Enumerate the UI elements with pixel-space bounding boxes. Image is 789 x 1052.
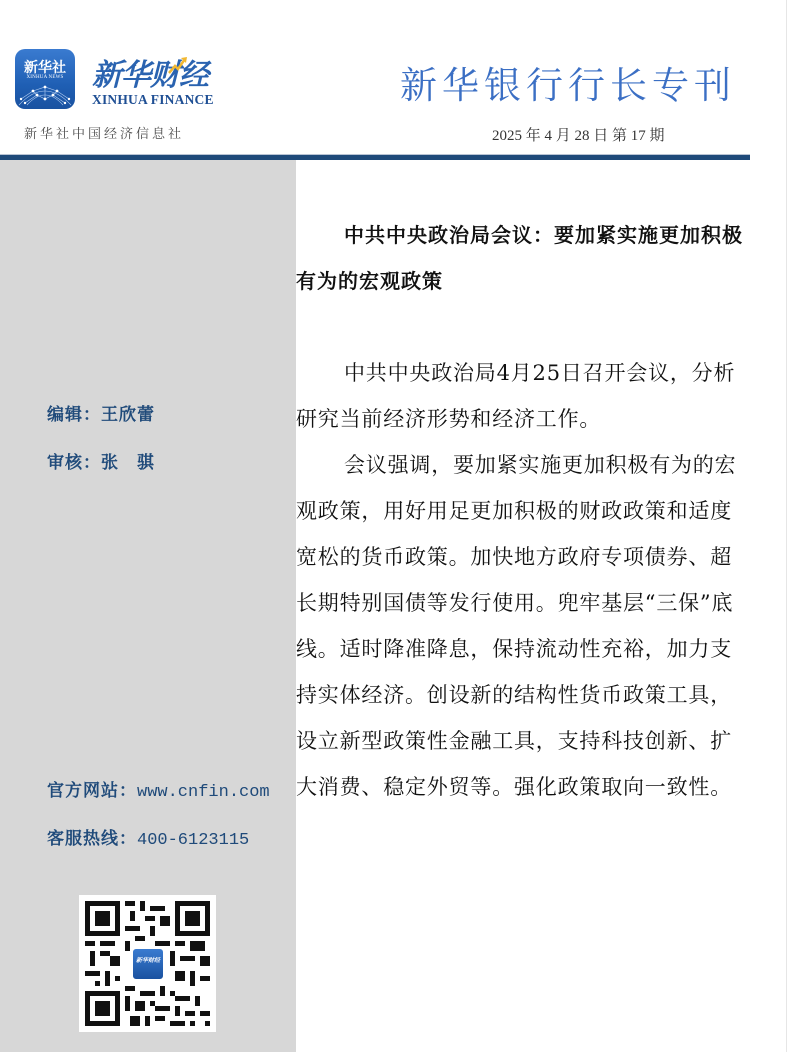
article-body: 中共中央政治局4月25日召开会议，分析研究当前经济形势和经济工作。 会议强调，要… [296,350,752,810]
website-link[interactable]: www.cnfin.com [137,783,270,802]
page-edge [786,0,787,1052]
article-title: 中共中央政治局会议：要加紧实施更加积极有为的宏观政策 [296,212,752,304]
hotline-number: 400-6123115 [137,831,249,850]
qr-center-logo: 新华财经 [131,947,165,981]
logo-icon-en: XINHUA NEWS [15,75,75,80]
organization-name: 新华社中国经济信息社 [24,123,184,142]
editor-label: 编辑： [47,405,101,425]
article-paragraph: 会议强调，要加紧实施更加积极有为的宏观政策，用好用足更加积极的财政政策和适度宽松… [296,442,752,810]
reviewer-line: 审核：张 骐 [47,448,155,473]
editor-line: 编辑：王欣蕾 [47,400,155,425]
xinhua-news-app-icon: 新华社 XINHUA NEWS [15,49,75,109]
journal-title: 新华银行行长专刊 [400,55,736,109]
network-globe-icon [15,81,75,109]
hotline-line: 客服热线：400-6123115 [47,824,249,850]
reviewer-name: 张 骐 [101,453,155,473]
growth-arrow-icon [167,55,189,77]
issue-date: 2025 年 4 月 28 日 第 17 期 [492,124,665,145]
qr-code[interactable]: 新华财经 [79,895,216,1032]
website-label: 官方网站： [47,781,137,801]
logo-icon-cn: 新华社 [15,57,75,77]
masthead: 新华社 XINHUA NEWS 新华财经 XINHUA FINANCE 新华社中… [0,0,789,160]
article-paragraph: 中共中央政治局4月25日召开会议，分析研究当前经济形势和经济工作。 [296,350,752,442]
editor-name: 王欣蕾 [101,405,155,425]
website-line: 官方网站：www.cnfin.com [47,776,270,802]
brand-logo-cn: 新华财经 [92,50,208,94]
qr-logo-text: 新华财经 [133,955,163,964]
hotline-label: 客服热线： [47,829,137,849]
brand-logo-en: XINHUA FINANCE [92,92,214,108]
reviewer-label: 审核： [47,453,101,473]
